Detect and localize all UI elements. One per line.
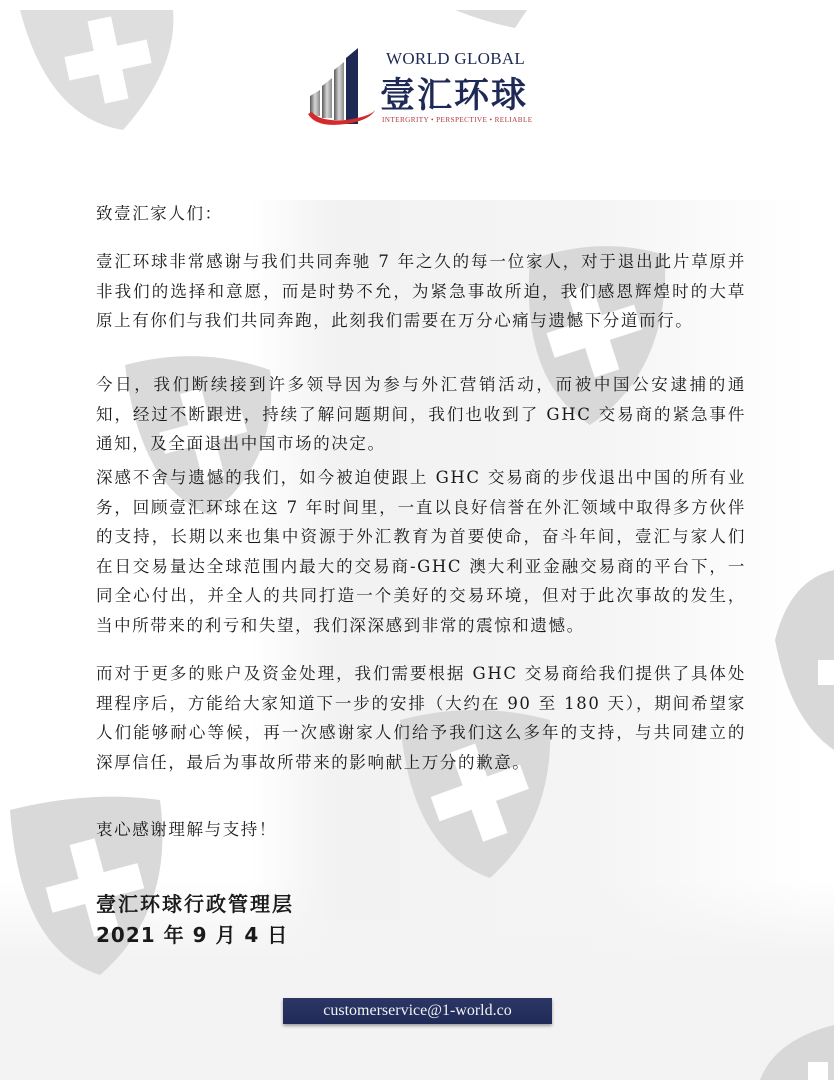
letter-signer: 壹汇环球行政管理层 xyxy=(96,888,294,917)
letter-paragraph: 而对于更多的账户及资金处理，我们需要根据 GHC 交易商给我们提供了具体处理程序… xyxy=(96,659,746,777)
contact-email-link[interactable]: customerservice@1-world.co xyxy=(323,1002,511,1020)
building-logo-icon xyxy=(306,46,378,130)
letter-greeting: 致壹汇家人们： xyxy=(96,200,223,224)
letter-date: 2021 年 9 月 4 日 xyxy=(96,919,288,948)
letter-paragraph: 深感不舍与遗憾的我们，如今被迫使跟上 GHC 交易商的步伐退出中国的所有业务，回… xyxy=(96,463,746,640)
letter-paragraph: 壹汇环球非常感谢与我们共同奔驰 7 年之久的每一位家人，对于退出此片草原并非我们… xyxy=(96,247,746,336)
company-logo: World Global 壹汇环球 Intergrity • Perspecti… xyxy=(306,46,536,130)
brand-name-cn: 壹汇环球 xyxy=(380,68,528,118)
contact-email-banner: customerservice@1-world.co xyxy=(283,998,552,1024)
letter-closing: 衷心感谢理解与支持！ xyxy=(96,816,277,840)
letter-paragraph: 今日，我们断续接到许多领导因为参与外汇营销活动，而被中国公安逮捕的通知，经过不断… xyxy=(96,370,746,459)
brand-name-en: World Global xyxy=(386,49,525,69)
brand-tagline: Intergrity • Perspective • Reliable xyxy=(382,116,533,124)
